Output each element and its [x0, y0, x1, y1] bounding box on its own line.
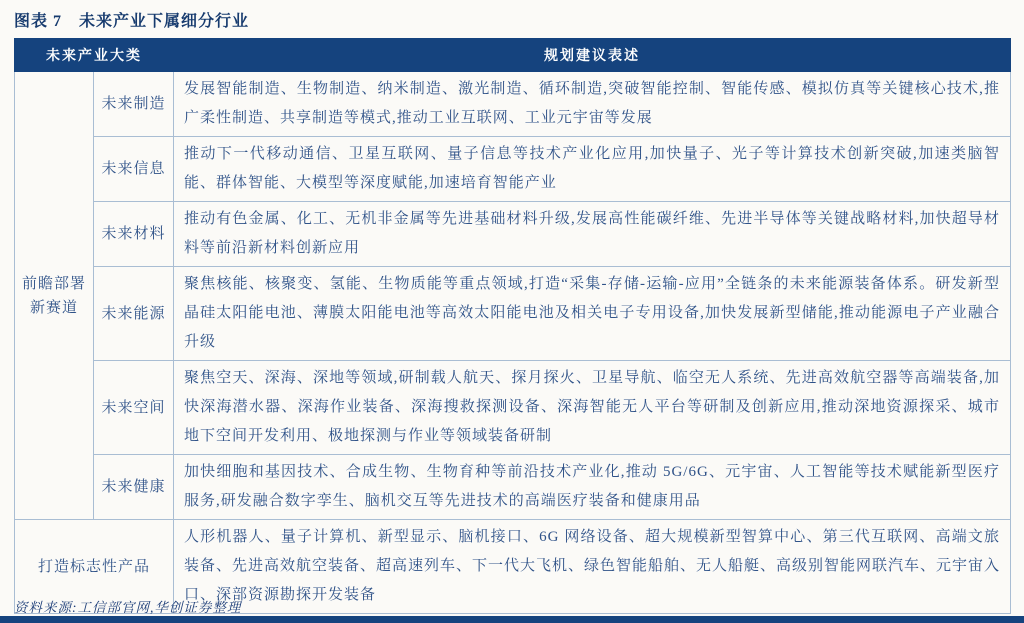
- future-industry-table: 未来产业大类 规划建议表述 前瞻部署 新赛道 未来制造 发展智能制造、生物制造、…: [14, 38, 1011, 614]
- row-desc-cell: 推动下一代移动通信、卫星互联网、量子信息等技术产业化应用,加快量子、光子等计算技…: [174, 137, 1011, 202]
- row-label-cell: 未来空间: [94, 361, 174, 455]
- table-header-row: 未来产业大类 规划建议表述: [15, 39, 1011, 72]
- bottom-accent-bar: [0, 616, 1024, 623]
- group-label-line2: 新赛道: [30, 300, 78, 316]
- source-note: 资料来源:工信部官网,华创证券整理: [14, 596, 241, 616]
- table-row: 未来能源 聚焦核能、核聚变、氢能、生物质能等重点领域,打造“采集-存储-运输-应…: [15, 267, 1011, 361]
- row-desc-cell: 加快细胞和基因技术、合成生物、生物育种等前沿技术产业化,推动 5G/6G、元宇宙…: [174, 455, 1011, 520]
- group-label-cell: 前瞻部署 新赛道: [15, 72, 94, 520]
- footer-row-desc-cell: 人形机器人、量子计算机、新型显示、脑机接口、6G 网络设备、超大规模新型智算中心…: [174, 520, 1011, 614]
- group-label-line1: 前瞻部署: [22, 276, 86, 292]
- table-row: 未来材料 推动有色金属、化工、无机非金属等先进基础材料升级,发展高性能碳纤维、先…: [15, 202, 1011, 267]
- row-desc-cell: 发展智能制造、生物制造、纳米制造、激光制造、循环制造,突破智能控制、智能传感、模…: [174, 72, 1011, 137]
- row-desc-cell: 聚焦核能、核聚变、氢能、生物质能等重点领域,打造“采集-存储-运输-应用”全链条…: [174, 267, 1011, 361]
- table-row: 未来健康 加快细胞和基因技术、合成生物、生物育种等前沿技术产业化,推动 5G/6…: [15, 455, 1011, 520]
- table-row: 前瞻部署 新赛道 未来制造 发展智能制造、生物制造、纳米制造、激光制造、循环制造…: [15, 72, 1011, 137]
- row-label-cell: 未来能源: [94, 267, 174, 361]
- table-row: 未来信息 推动下一代移动通信、卫星互联网、量子信息等技术产业化应用,加快量子、光…: [15, 137, 1011, 202]
- row-label-cell: 未来制造: [94, 72, 174, 137]
- row-desc-cell: 推动有色金属、化工、无机非金属等先进基础材料升级,发展高性能碳纤维、先进半导体等…: [174, 202, 1011, 267]
- header-category-cell: 未来产业大类: [15, 39, 174, 72]
- row-label-cell: 未来信息: [94, 137, 174, 202]
- report-page: 图表 7 未来产业下属细分行业 未来产业大类 规划建议表述 前瞻部署 新赛道 未…: [0, 0, 1024, 623]
- table-row: 未来空间 聚焦空天、深海、深地等领域,研制载人航天、探月探火、卫星导航、临空无人…: [15, 361, 1011, 455]
- row-label-cell: 未来材料: [94, 202, 174, 267]
- figure-title: 图表 7 未来产业下属细分行业: [14, 8, 249, 31]
- row-desc-cell: 聚焦空天、深海、深地等领域,研制载人航天、探月探火、卫星导航、临空无人系统、先进…: [174, 361, 1011, 455]
- header-description-cell: 规划建议表述: [174, 39, 1011, 72]
- row-label-cell: 未来健康: [94, 455, 174, 520]
